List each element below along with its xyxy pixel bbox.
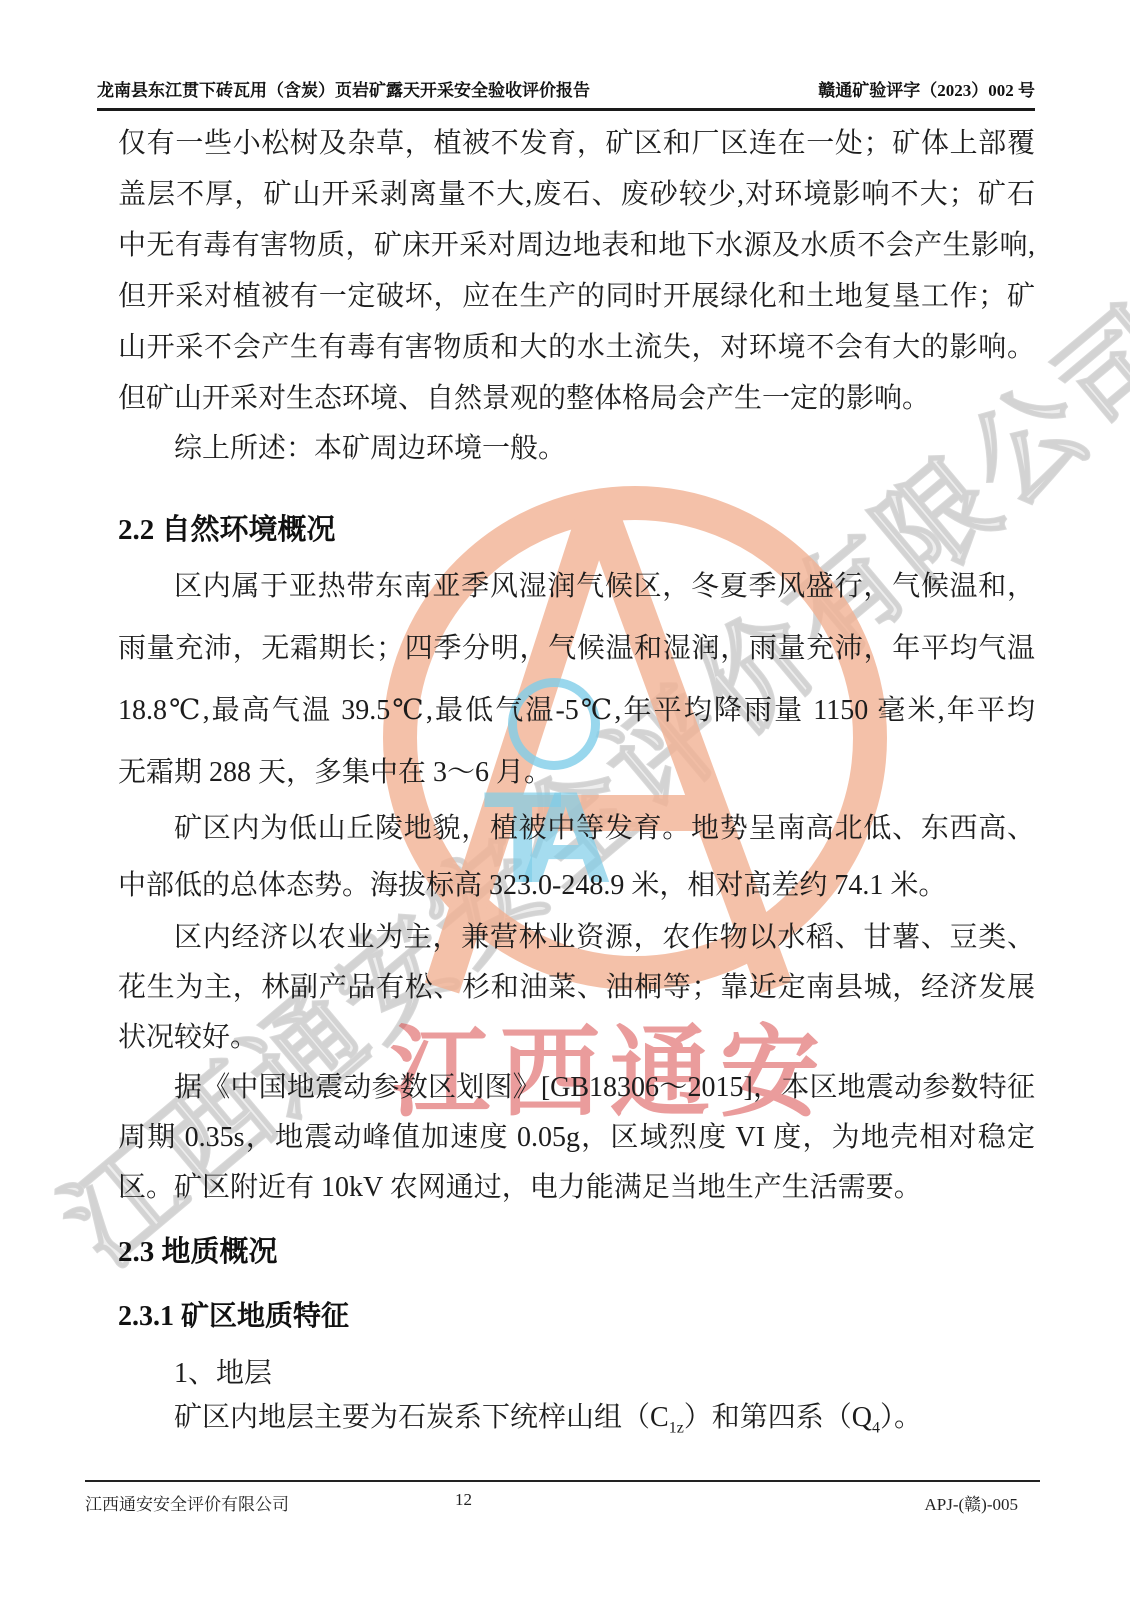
body-line: 中部低的总体态势。海拔标高 323.0-248.9 米，相对高差约 74.1 米… [118,857,1035,914]
paragraph-climate: 区内属于亚热带东南亚季风湿润气候区，冬夏季风盛行，气候温和， 雨量充沛，无霜期长… [118,556,1035,804]
paragraph-strata-title: 1、地层 [118,1352,1035,1396]
body-line: 据《中国地震动参数区划图》[GB18306～2015]，本区地震动参数特征 [118,1063,1035,1113]
paragraph-summary: 综上所述：本矿周边环境一般。 [118,423,1035,474]
body-line: 综上所述：本矿周边环境一般。 [118,423,1035,474]
body-line: 矿区内地层主要为石炭系下统梓山组（C1z）和第四系（Q4）。 [118,1396,1035,1451]
paragraph-economy: 区内经济以农业为主，兼营林业资源，农作物以水稻、甘薯、豆类、 花生为主，林副产品… [118,913,1035,1063]
strata-text: 矿区内地层主要为石炭系下统梓山组（C [174,1402,669,1433]
body-line: 状况较好。 [118,1013,1035,1063]
strata-text: ）和第四系（Q [684,1402,872,1433]
body-line: 但矿山开采对生态环境、自然景观的整体格局会产生一定的影响。 [118,373,1035,424]
body-line: 矿区内为低山丘陵地貌，植被中等发育。地势呈南高北低、东西高、 [118,800,1035,857]
body-line: 盖层不厚，矿山开采剥离量不大,废石、废砂较少,对环境影响不大；矿石 [118,169,1035,220]
strata-subscript: 1z [669,1420,684,1437]
body-line: 18.8℃,最高气温 39.5℃,最低气温-5℃,年平均降雨量 1150 毫米,… [118,680,1035,742]
body-line: 仅有一些小松树及杂草，植被不发育，矿区和厂区连在一处；矿体上部覆 [118,118,1035,169]
report-page: 江西通安安全评价有限公司 TA 江西通安 龙南县东江贯下砖瓦用（含炭）页岩矿露天… [0,0,1130,1600]
body-line: 区内属于亚热带东南亚季风湿润气候区，冬夏季风盛行，气候温和， [118,556,1035,618]
heading-2-2: 2.2 自然环境概况 [118,508,1035,552]
body-line: 中无有毒有害物质，矿床开采对周边地表和地下水源及水质不会产生影响, [118,220,1035,271]
body-line: 花生为主，林副产品有松、杉和油菜、油桐等；靠近定南县城，经济发展 [118,963,1035,1013]
footer-page-number: 12 [455,1490,472,1510]
paragraph-power: 矿区附近有 10kV 农网通过，电力能满足当地生产生活需要。 [118,1163,1035,1213]
body-line: 矿区附近有 10kV 农网通过，电力能满足当地生产生活需要。 [118,1163,1035,1213]
strata-subscript: 4 [872,1420,880,1437]
page-footer: 江西通安安全评价有限公司 12 APJ-(赣)-005 [85,1480,1040,1518]
paragraph-strata: 矿区内地层主要为石炭系下统梓山组（C1z）和第四系（Q4）。 [118,1396,1035,1451]
body-line: 山开采不会产生有毒有害物质和大的水土流失，对环境不会有大的影响。 [118,322,1035,373]
footer-company: 江西通安安全评价有限公司 [85,1490,289,1515]
body-line: 雨量充沛，无霜期长；四季分明，气候温和湿润，雨量充沛，年平均气温 [118,618,1035,680]
header-report-title: 龙南县东江贯下砖瓦用（含炭）页岩矿露天开采安全验收评价报告 [97,76,590,101]
heading-2-3: 2.3 地质概况 [118,1230,1035,1274]
body-line: 1、地层 [118,1352,1035,1396]
header-doc-number: 赣通矿验评字（2023）002 号 [818,76,1035,101]
strata-text: ）。 [880,1402,922,1433]
body-line: 区内经济以农业为主，兼营林业资源，农作物以水稻、甘薯、豆类、 [118,913,1035,963]
body-line: 但开采对植被有一定破坏，应在生产的同时开展绿化和土地复垦工作；矿 [118,271,1035,322]
paragraph-environment: 仅有一些小松树及杂草，植被不发育，矿区和厂区连在一处；矿体上部覆 盖层不厚，矿山… [118,118,1035,424]
heading-2-3-1: 2.3.1 矿区地质特征 [118,1295,1035,1339]
body-line: 无霜期 288 天，多集中在 3～6 月。 [118,742,1035,804]
page-header: 龙南县东江贯下砖瓦用（含炭）页岩矿露天开采安全验收评价报告 赣通矿验评字（202… [97,76,1035,111]
footer-doc-code: APJ-(赣)-005 [925,1490,1019,1515]
paragraph-terrain: 矿区内为低山丘陵地貌，植被中等发育。地势呈南高北低、东西高、 中部低的总体态势。… [118,800,1035,914]
